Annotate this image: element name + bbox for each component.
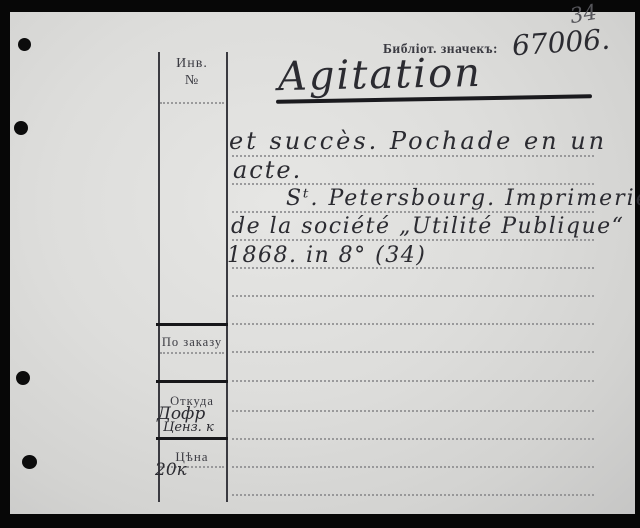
library-stamp-number: 67006. — [511, 23, 611, 63]
ruled-line — [232, 380, 594, 382]
column-rule-left — [158, 52, 160, 502]
entry-title-handwriting: Agitation — [278, 50, 483, 100]
entry-line: et succès. Pochade en un — [229, 127, 607, 155]
inventory-label: Инв. — [158, 56, 226, 72]
entry-line: de la société „Utilité Publique“ — [231, 214, 624, 239]
inventory-number-symbol: № — [158, 73, 226, 89]
column-rule-right — [226, 52, 228, 502]
ruled-line — [160, 102, 224, 104]
punch-hole-3 — [16, 371, 30, 385]
punch-hole-1 — [18, 38, 31, 51]
section-divider — [156, 380, 228, 383]
scanned-catalog-card: 34 Библіот. значекъ: 67006. Agitation et… — [0, 0, 640, 528]
ruled-line — [232, 410, 594, 412]
ruled-line — [232, 351, 594, 353]
ruled-line — [232, 295, 594, 297]
section-divider — [156, 323, 228, 326]
ruled-line — [160, 352, 224, 354]
section-divider — [156, 437, 228, 440]
punch-hole-4 — [22, 455, 37, 469]
entry-line: 1868. in 8° (34) — [227, 243, 426, 268]
ruled-line — [232, 239, 594, 241]
ruled-line — [232, 466, 594, 468]
ruled-line — [232, 438, 594, 440]
ruled-line — [232, 211, 594, 213]
ruled-line — [232, 494, 594, 496]
entry-line: acte. — [233, 156, 302, 184]
origin-note-handwriting: Ценз. к — [163, 420, 214, 435]
punch-hole-2 — [14, 121, 28, 135]
price-value-handwriting: 20к — [155, 460, 187, 480]
order-label: По заказу — [158, 335, 226, 350]
ruled-line — [232, 323, 594, 325]
entry-line: Sᵗ. Petersbourg. Imprimerie — [286, 186, 640, 211]
